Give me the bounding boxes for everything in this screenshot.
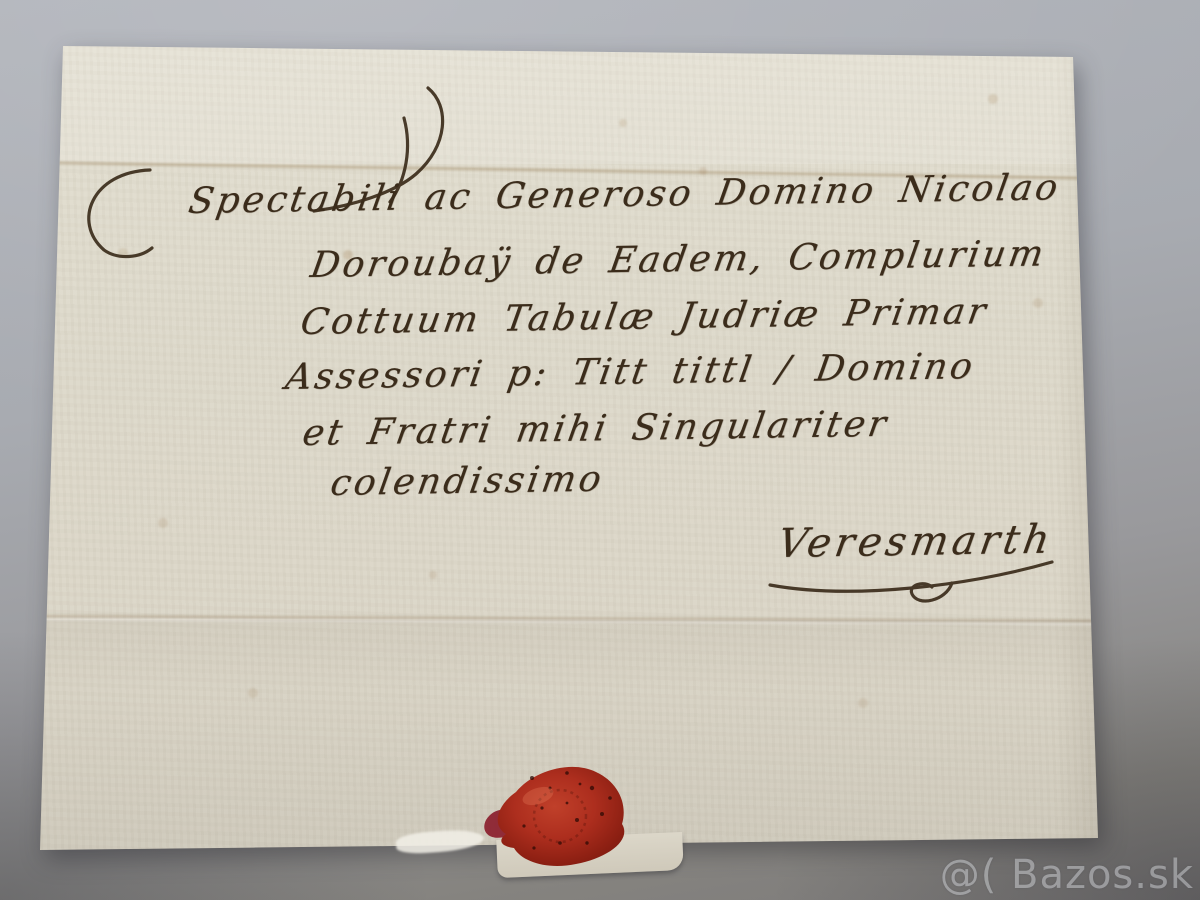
wax-blob (498, 767, 625, 866)
address-line-1: Spectabili ac Generoso Domino Nicolao (186, 170, 1063, 220)
red-wax-seal (472, 748, 642, 878)
paper-stains (0, 0, 6, 6)
photo-background: Spectabili ac Generoso Domino Nicolao Do… (0, 0, 1200, 900)
address-line-6: colendissimo (328, 462, 606, 502)
place-name: Veresmarth (775, 520, 1056, 564)
address-line-2: Doroubaÿ de Eadem, Complurium (308, 236, 1049, 284)
bazos-watermark: @( Bazos.sk (940, 852, 1194, 898)
address-line-5: et Fratri mihi Singulariter (300, 407, 891, 452)
address-line-3: Cottuum Tabulæ Judriæ Primar (298, 294, 991, 341)
address-line-4: Assessori p: Titt tittl / Domino (283, 349, 978, 396)
